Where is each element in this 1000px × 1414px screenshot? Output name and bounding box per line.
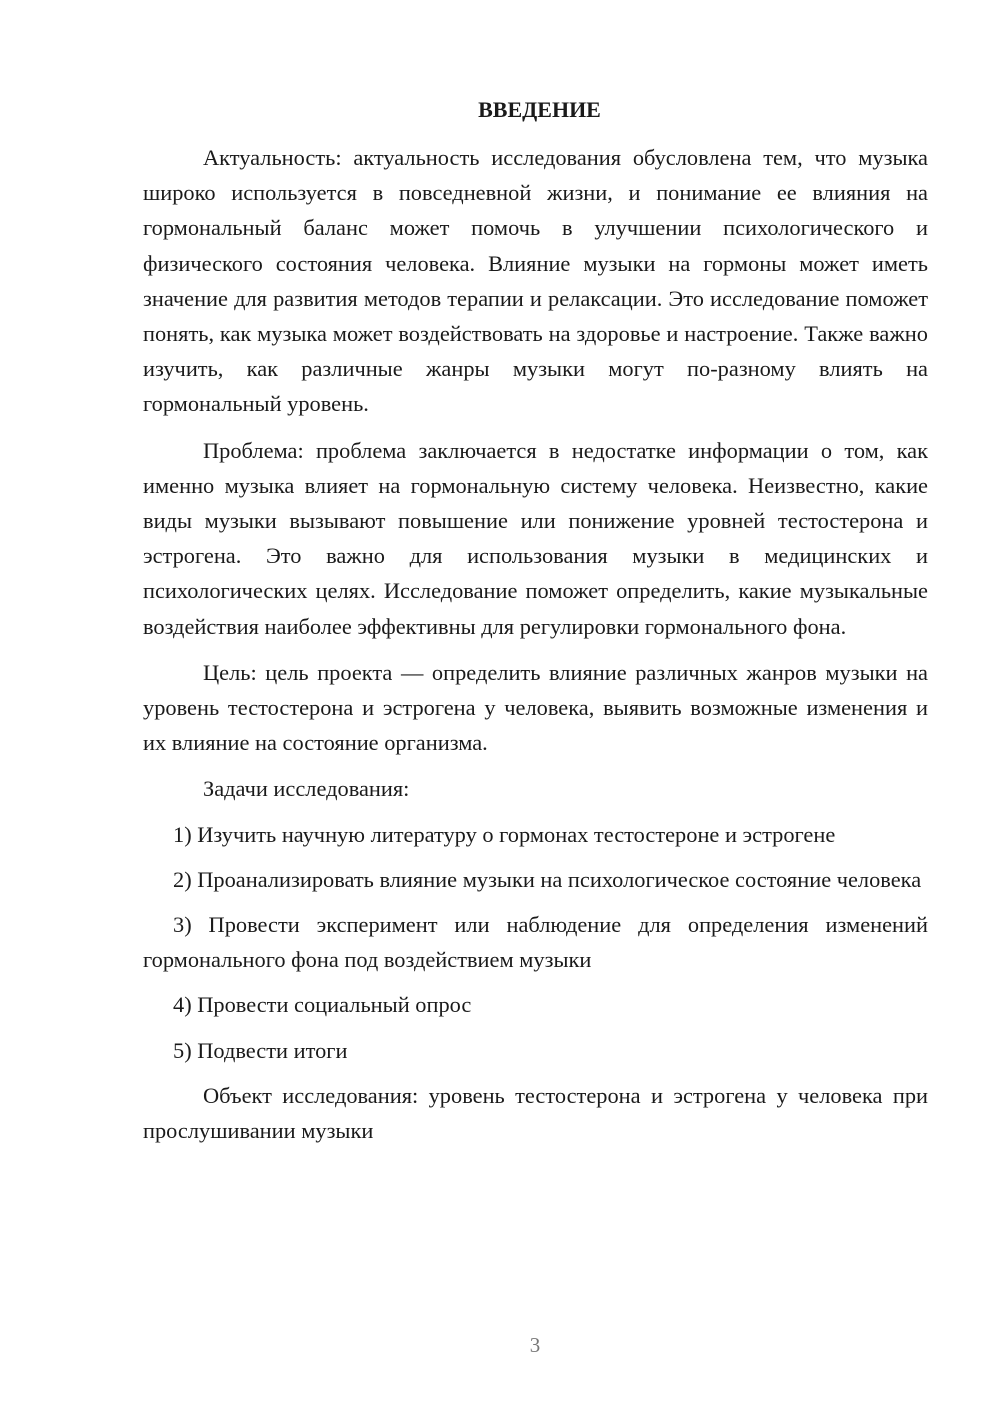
list-item: 2) Проанализировать влияние музыки на пс… — [143, 862, 928, 897]
paragraph-problem: Проблема: проблема заключается в недоста… — [143, 433, 928, 644]
paragraph-relevance: Актуальность: актуальность исследования … — [143, 140, 928, 422]
list-item: 3) Провести эксперимент или наблюдение д… — [143, 907, 928, 977]
paragraph-goal: Цель: цель проекта — определить влияние … — [143, 655, 928, 761]
tasks-list: 1) Изучить научную литературу о гормонах… — [143, 817, 928, 1068]
list-item: 5) Подвести итоги — [143, 1033, 928, 1068]
document-page: ВВЕДЕНИЕ Актуальность: актуальность иссл… — [0, 0, 1000, 1414]
page-number: 3 — [0, 1333, 1000, 1358]
section-title: ВВЕДЕНИЕ — [143, 92, 928, 128]
list-item: 4) Провести социальный опрос — [143, 987, 928, 1022]
paragraph-object: Объект исследования: уровень тестостерон… — [143, 1078, 928, 1148]
tasks-heading: Задачи исследования: — [143, 771, 928, 806]
page-content: ВВЕДЕНИЕ Актуальность: актуальность иссл… — [143, 92, 928, 1159]
list-item: 1) Изучить научную литературу о гормонах… — [143, 817, 928, 852]
